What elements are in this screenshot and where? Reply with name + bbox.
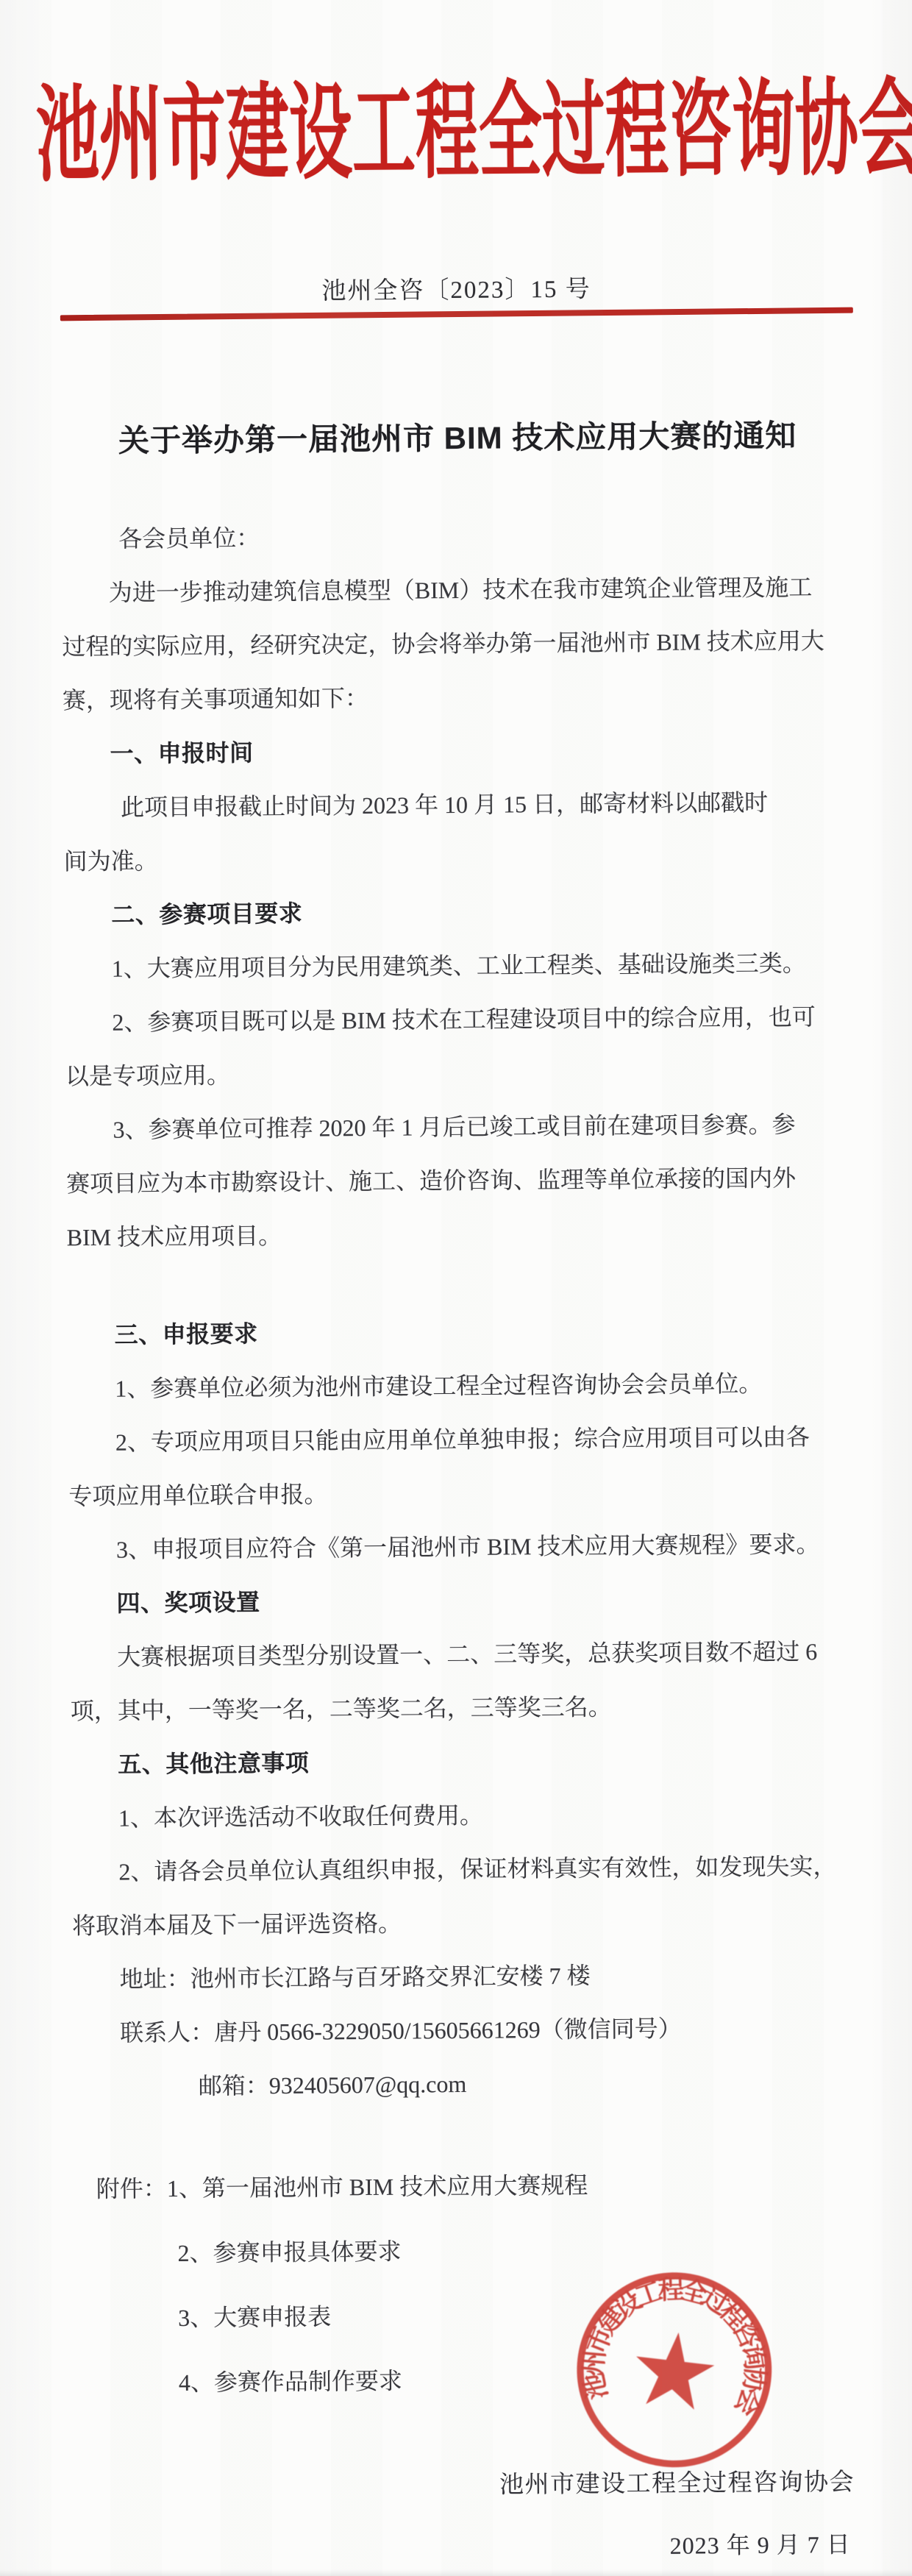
section-heading-1: 一、申报时间 [63, 722, 858, 781]
body-line: 以是专项应用。 [65, 1044, 861, 1103]
attachment-item-text: 1、第一届池州市 BIM 技术应用大赛规程 [167, 2172, 588, 2202]
contact-line: 联系人：唐丹 0566-3229050/15605661269（微信同号） [73, 2001, 868, 2060]
body-line: 2、请各会员单位认真组织申报，保证材料真实有效性，如发现失实， [71, 1840, 866, 1899]
body-line: 此项目申报截止时间为 2023 年 10 月 15 日，邮寄材料以邮戳时 [63, 775, 858, 835]
notice-body: 各会员单位： 为进一步推动建筑信息模型（BIM）技术在我市建筑企业管理及施工 过… [61, 507, 870, 2416]
notice-title: 关于举办第一届池州市 BIM 技术应用大赛的通知 [1, 410, 912, 462]
document-number: 池州全咨〔2023〕15 号 [0, 267, 912, 309]
scanned-notice-page: 池州市建设工程全过程咨询协会 池州全咨〔2023〕15 号 关于举办第一届池州市… [0, 0, 912, 2576]
body-line: 1、参赛单位必须为池州市建设工程全过程咨询协会会员单位。 [68, 1356, 863, 1416]
body-line: 2、专项应用项目只能由应用单位单独申报；综合应用项目可以由各 [68, 1410, 863, 1470]
body-line: 3、申报项目应符合《第一届池州市 BIM 技术应用大赛规程》要求。 [69, 1518, 864, 1577]
body-line: 1、本次评选活动不收取任何费用。 [71, 1786, 866, 1846]
salutation: 各会员单位： [61, 507, 856, 566]
section-heading-5: 五、其他注意事项 [71, 1732, 866, 1792]
section-heading-4: 四、奖项设置 [69, 1571, 864, 1631]
body-line: 赛项目应为本市勘察设计、施工、造价咨询、监理等单位承接的国内外 [66, 1151, 861, 1211]
body-line: 赛，现将有关事项通知如下： [63, 668, 858, 727]
address-line: 地址：池州市长江路与百牙路交界汇安楼 7 楼 [72, 1947, 867, 2007]
body-line: 1、大赛应用项目分为民用建筑类、工业工程类、基础设施类三类。 [65, 936, 860, 996]
body-line: 3、参赛单位可推荐 2020 年 1 月后已竣工或目前在建项目参赛。参 [65, 1097, 861, 1157]
attachments-label: 附件： [96, 2175, 167, 2202]
body-line: 大赛根据项目类型分别设置一、二、三等奖，总获奖项目数不超过 6 [70, 1625, 865, 1684]
email-line: 邮箱：932405607@qq.com [73, 2054, 868, 2114]
seal-star [631, 2328, 718, 2411]
scan-tilt-wrapper: 池州市建设工程全过程咨询协会 池州全咨〔2023〕15 号 关于举办第一届池州市… [0, 0, 912, 2576]
body-line: 过程的实际应用，经研究决定，协会将举办第一届池州市 BIM 技术应用大 [62, 614, 857, 674]
letterhead-red-rule [60, 307, 853, 321]
body-line: 将取消本届及下一届评选资格。 [72, 1893, 867, 1953]
attachment-item: 附件：1、第一届池州市 BIM 技术应用大赛规程 [74, 2151, 869, 2221]
body-line: 2、参赛项目既可以是 BIM 技术在工程建设项目中的综合应用，也可 [65, 990, 860, 1050]
official-seal: 池州市建设工程全过程咨询协会 [562, 2257, 787, 2483]
body-line: 为进一步推动建筑信息模型（BIM）技术在我市建筑企业管理及施工 [62, 561, 857, 620]
body-line: 专项应用单位联合申报。 [68, 1464, 863, 1523]
signature-date: 2023 年 9 月 7 日 [669, 2526, 850, 2561]
body-line: BIM 技术应用项目。 [66, 1205, 861, 1264]
letterhead-org-title: 池州市建设工程全过程咨询协会 [35, 44, 875, 202]
section-heading-3: 三、申报要求 [67, 1303, 862, 1362]
section-heading-2: 二、参赛项目要求 [64, 883, 859, 942]
body-line: 项，其中，一等奖一名，二等奖二名，三等奖三名。 [70, 1679, 865, 1738]
body-line: 间为准。 [63, 829, 858, 889]
